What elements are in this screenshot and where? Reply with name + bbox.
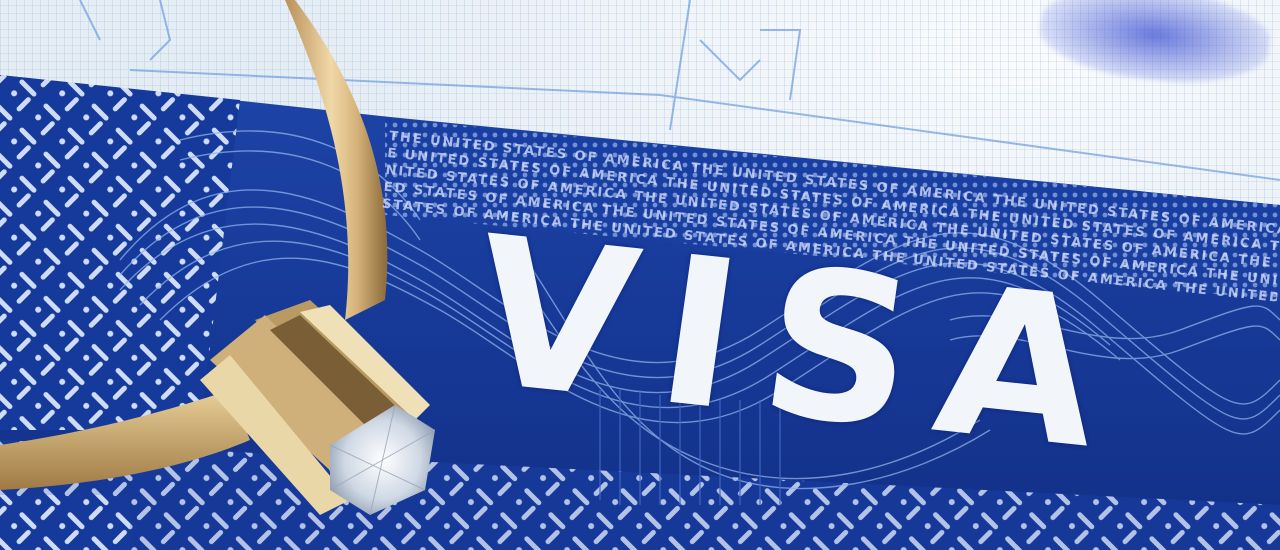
- photo-scene: THE UNITED STATES OF AMERICA THE UNITED …: [0, 0, 1280, 550]
